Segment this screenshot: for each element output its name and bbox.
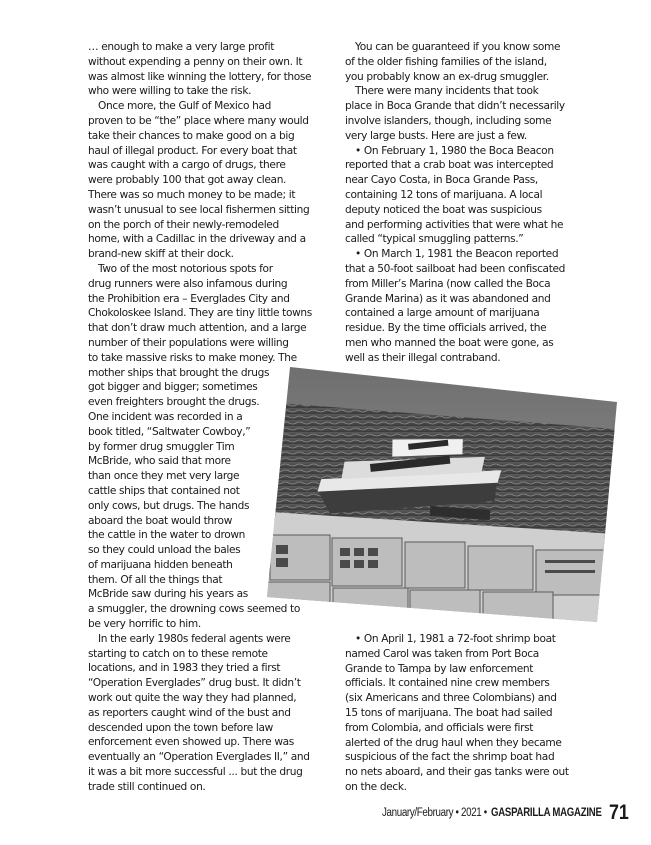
text-line: Chokoloskee Island. They are tiny little… — [88, 306, 344, 321]
issue-date: January/February • 2021 • — [382, 807, 487, 819]
text-line: number of their populations were willing — [88, 336, 344, 351]
text-line: take their chances to make good on a big — [88, 129, 344, 144]
text-line: near Cayo Costa, in Boca Grande Pass, — [345, 173, 607, 188]
magazine-page: … enough to make a very large profitwith… — [0, 0, 651, 845]
text-line: men who manned the boat were gone, as — [345, 336, 607, 351]
text-line: haul of illegal product. For every boat … — [88, 144, 344, 159]
text-line: that don’t draw much attention, and a la… — [88, 321, 344, 336]
page-footer: January/February • 2021 • GASPARILLA MAG… — [382, 805, 630, 829]
text-line: descended upon the town before law — [88, 721, 344, 736]
text-line: Grande Marina) as it was abandoned and — [345, 292, 607, 307]
text-line: 15 tons of marijuana. The boat had saile… — [345, 706, 607, 721]
text-line: very large busts. Here are just a few. — [345, 129, 607, 144]
text-line: In the early 1980s federal agents were — [88, 632, 344, 647]
text-line: on the porch of their newly-remodeled — [88, 218, 344, 233]
text-line: locations, and in 1983 they tried a firs… — [88, 661, 344, 676]
text-line: drug runners were also infamous during — [88, 277, 344, 292]
magazine-name: GASPARILLA MAGAZINE — [491, 805, 602, 819]
text-line: contained a large amount of marijuana — [345, 306, 607, 321]
text-line: were probably 100 that got away clean. — [88, 173, 344, 188]
text-line: it was a bit more successful ... but the… — [88, 765, 344, 780]
text-line: officials. It contained nine crew member… — [345, 676, 607, 691]
text-line: on the deck. — [345, 780, 607, 795]
text-line: There was so much money to be made; it — [88, 188, 344, 203]
text-line: You can be guaranteed if you know some — [345, 40, 607, 55]
text-line: was caught with a cargo of drugs, there — [88, 158, 344, 173]
text-line: from Miller’s Marina (now called the Boc… — [345, 277, 607, 292]
text-line: eventually an “Operation Everglades II,”… — [88, 750, 344, 765]
text-line: Grande to Tampa by law enforcement — [345, 662, 607, 677]
text-line: was almost like winning the lottery, for… — [88, 70, 344, 85]
text-line: Once more, the Gulf of Mexico had — [88, 99, 344, 114]
boat-and-bales-photo — [240, 360, 630, 630]
text-line: and performing activities that were what… — [345, 218, 607, 233]
text-line: (six Americans and three Colombians) and — [345, 691, 607, 706]
text-line: reported that a crab boat was intercepte… — [345, 158, 607, 173]
text-line: involve islanders, though, including som… — [345, 114, 607, 129]
text-line: called “typical smuggling patterns.” — [345, 232, 607, 247]
article-photo — [240, 360, 630, 630]
text-line: from Colombia, and officials were first — [345, 721, 607, 736]
text-line: named Carol was taken from Port Boca — [345, 647, 607, 662]
text-line: you probably know an ex-drug smuggler. — [345, 70, 607, 85]
page-number: 71 — [609, 801, 629, 825]
article-column-2-top: You can be guaranteed if you know someof… — [345, 40, 607, 366]
text-line: wasn’t unusual to see local fishermen si… — [88, 203, 344, 218]
article-column-2-bottom: • On April 1, 1981 a 72-foot shrimp boat… — [345, 632, 607, 795]
text-line: that a 50-foot sailboat had been confisc… — [345, 262, 607, 277]
text-line: containing 12 tons of marijuana. A local — [345, 188, 607, 203]
text-line: the Prohibition era – Everglades City an… — [88, 292, 344, 307]
text-line: proven to be “the” place where many woul… — [88, 114, 344, 129]
text-line: There were many incidents that took — [345, 84, 607, 99]
text-line: • On April 1, 1981 a 72-foot shrimp boat — [345, 632, 607, 647]
text-line: of the older fishing families of the isl… — [345, 55, 607, 70]
text-line: … enough to make a very large profit — [88, 40, 344, 55]
text-line: alerted of the drug haul when they becam… — [345, 736, 607, 751]
text-line: trade still continued on. — [88, 780, 344, 795]
text-line: brand-new skiff at their dock. — [88, 247, 344, 262]
text-line: work out quite the way they had planned, — [88, 691, 344, 706]
text-line: deputy noticed the boat was suspicious — [345, 203, 607, 218]
text-line: • On March 1, 1981 the Beacon reported — [345, 247, 607, 262]
text-line: home, with a Cadillac in the driveway an… — [88, 232, 344, 247]
text-line: no nets aboard, and their gas tanks were… — [345, 765, 607, 780]
text-line: place in Boca Grande that didn’t necessa… — [345, 99, 607, 114]
text-line: Two of the most notorious spots for — [88, 262, 344, 277]
text-line: without expending a penny on their own. … — [88, 55, 344, 70]
text-line: • On February 1, 1980 the Boca Beacon — [345, 144, 607, 159]
text-line: starting to catch on to these remote — [88, 647, 344, 662]
text-line: as reporters caught wind of the bust and — [88, 706, 344, 721]
text-line: suspicious of the fact the shrimp boat h… — [345, 750, 607, 765]
text-line: residue. By the time officials arrived, … — [345, 321, 607, 336]
text-line: enforcement even showed up. There was — [88, 735, 344, 750]
text-line: “Operation Everglades” drug bust. It did… — [88, 676, 344, 691]
text-line: who were willing to take the risk. — [88, 84, 344, 99]
